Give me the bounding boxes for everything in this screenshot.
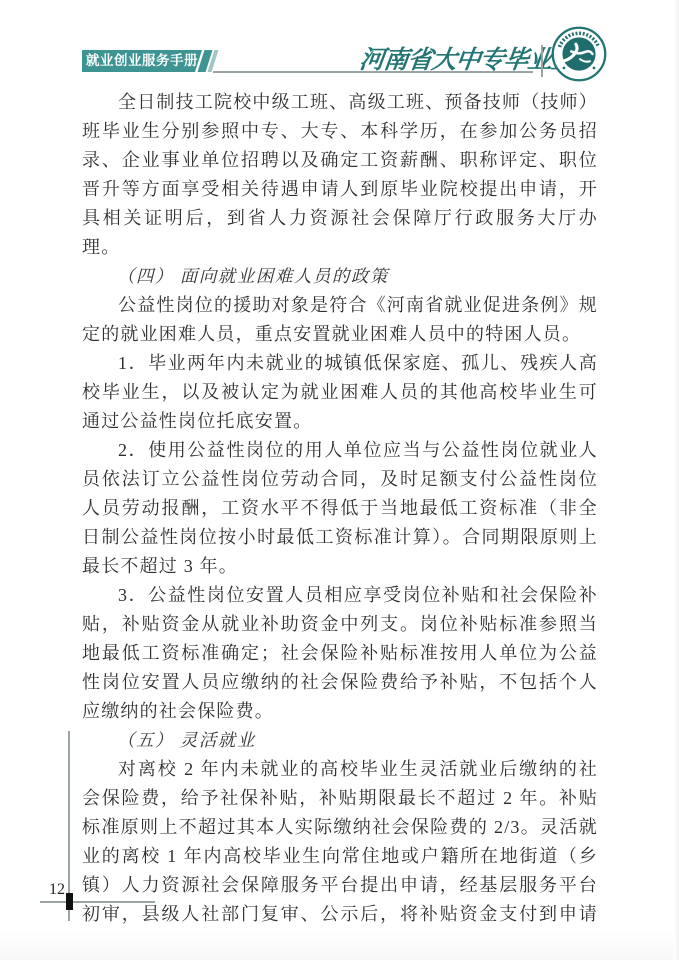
scanned-document-page: 就业创业服务手册 河南省大中专毕业生 全日制技工院校中级工班、高级工班、预备技师… [0, 0, 679, 960]
scan-shadow-bottom [0, 931, 679, 960]
paragraph: 3．公益性岗位安置人员相应享受岗位补贴和社会保险补贴，补贴资金从就业补助资金中列… [82, 581, 598, 726]
paragraph: 全日制技工院校中级工班、高级工班、预备技师（技师）班毕业生分别参照中专、大专、本… [82, 88, 598, 262]
paragraph: 1．毕业两年内未就业的城镇低保家庭、孤儿、残疾人高校毕业生，以及被认定为就业困难… [82, 349, 598, 436]
header-calligraphy-title: 河南省大中专毕业生 [358, 40, 540, 74]
paragraph: 2．使用公益性岗位的用人单位应当与公益性岗位就业人员依法订立公益性岗位劳动合同，… [82, 436, 598, 581]
header-badge-label: 就业创业服务手册 [86, 53, 198, 68]
footer-square-marker [66, 893, 73, 910]
scan-shadow-right [674, 0, 679, 960]
section-heading: （四） 面向就业困难人员的政策 [82, 262, 598, 291]
footer-rule-horizontal [40, 901, 155, 903]
page-number: 12 [40, 881, 65, 899]
header-badge: 就业创业服务手册 [82, 50, 202, 72]
header-divider-line [541, 45, 543, 77]
section-heading: （五） 灵活就业 [82, 726, 598, 755]
document-body: 全日制技工院校中级工班、高级工班、预备技师（技师）班毕业生分别参照中专、大专、本… [82, 88, 598, 958]
paragraph: 公益性岗位的援助对象是符合《河南省就业促进条例》规定的就业困难人员，重点安置就业… [82, 291, 598, 349]
paragraph: 对离校 2 年内未就业的高校毕业生灵活就业后缴纳的社会保险费，给予社保补贴，补贴… [82, 755, 598, 958]
seal-emblem-icon [551, 26, 607, 82]
